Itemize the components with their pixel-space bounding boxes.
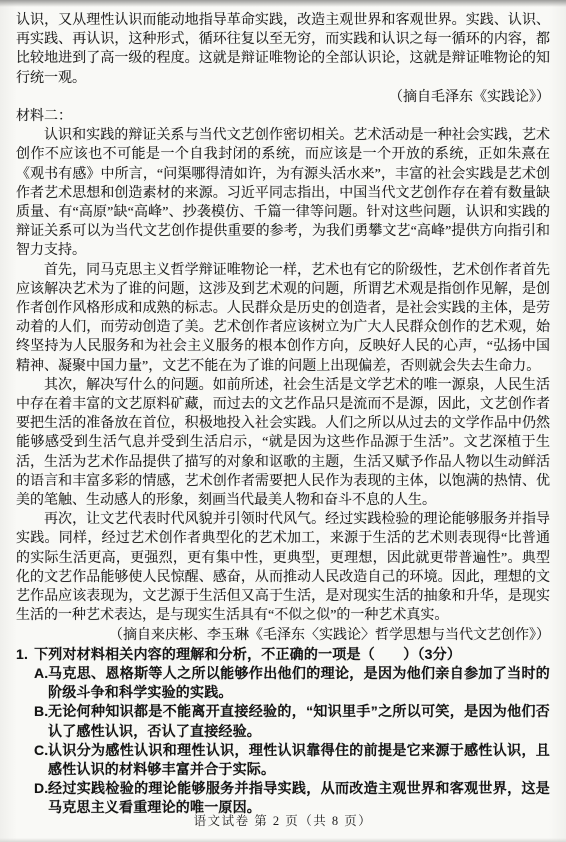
option-c-label: C. [34, 741, 48, 760]
material-two-paragraph-1: 认识和实践的辩证关系与当代文艺创作密切相关。艺术活动是一种社会实践，艺术创作不应… [16, 126, 550, 260]
option-a-text: 马克思、恩格斯等人之所以能够作出他们的理论，是因为他们亲自参加了当时的阶级斗争和… [48, 665, 550, 700]
material-two-paragraph-2: 首先，同马克思主义哲学辩证唯物论一样，艺术也有它的阶级性，艺术创作者首先应该解决… [16, 261, 550, 376]
material-two-paragraph-4: 再次，让文艺代表时代风貌并引领时代风气。经过实践检验的理论能够服务并指导实践。同… [16, 510, 550, 625]
question-1-stem-text: 下列对材料相关内容的理解和分析，不正确的一项是（ ）（3分） [34, 646, 461, 662]
question-1-number: 1. [16, 646, 28, 662]
material-one-attribution: （摘自毛泽东《实践论》） [16, 88, 550, 107]
question-1-option-c: C.认识分为感性认识和理性认识，理性认识靠得住的前提是它来源于感性认识，且感性认… [16, 741, 550, 779]
option-b-label: B. [34, 702, 48, 721]
page-number-footer: 语文试卷 第 2 页（共 8 页） [0, 811, 566, 829]
option-c-text: 认识分为感性认识和理性认识，理性认识靠得住的前提是它来源于感性认识，且感性认识的… [48, 742, 550, 777]
option-b-text: 无论何种知识都是不能离开直接经验的，“知识里手”之所以可笑，是因为他们否认了感性… [48, 703, 550, 738]
question-1-stem: 1.下列对材料相关内容的理解和分析，不正确的一项是（ ）（3分） [16, 645, 550, 664]
material-two-heading: 材料二： [16, 107, 550, 126]
exam-paper-page: { "material_one": { "continuation_text":… [0, 0, 566, 842]
question-1-option-b: B.无论何种知识都是不能离开直接经验的，“知识里手”之所以可笑，是因为他们否认了… [16, 702, 550, 740]
scan-edge-top [0, 0, 566, 7]
material-two-paragraph-3: 其次，解决写什么的问题。如前所述，社会生活是文学艺术的唯一源泉，人民生活中存在着… [16, 376, 550, 510]
question-1-block: 1.下列对材料相关内容的理解和分析，不正确的一项是（ ）（3分） A.马克思、恩… [16, 645, 550, 818]
page-content: 认识，又从理性认识而能动地指导革命实践，改造主观世界和客观世界。实践、认识、再实… [16, 11, 550, 818]
option-d-label: D. [34, 779, 48, 798]
scan-edge-bottom [0, 838, 566, 842]
option-a-label: A. [34, 664, 48, 683]
material-two-attribution: （摘自来庆彬、李玉琳《毛泽东〈实践论〉哲学思想与当代文艺创作》） [16, 626, 550, 645]
question-1-option-a: A.马克思、恩格斯等人之所以能够作出他们的理论，是因为他们亲自参加了当时的阶级斗… [16, 664, 550, 702]
material-one-continuation-paragraph: 认识，又从理性认识而能动地指导革命实践，改造主观世界和客观世界。实践、认识、再实… [16, 11, 550, 88]
